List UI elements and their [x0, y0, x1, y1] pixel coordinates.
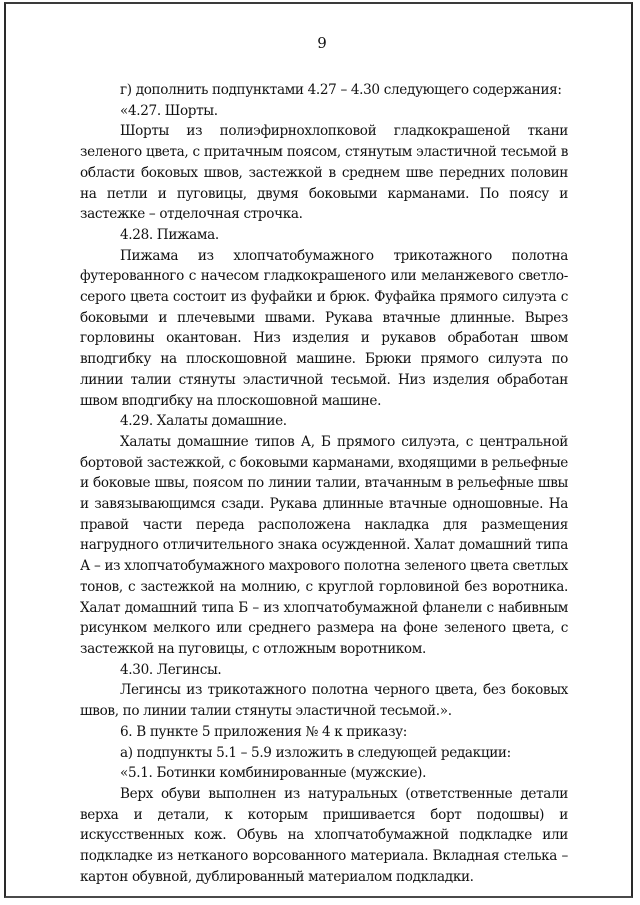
paragraph-shorts: Шорты из полиэфирнохлопковой гладкокраше… [80, 121, 568, 225]
section-heading-5-1: «5.1. Ботинки комбинированные (мужские). [80, 763, 568, 784]
subitem-a-heading: а) подпункты 5.1 – 5.9 изложить в следую… [80, 743, 568, 764]
paragraph-leggings: Легинсы из трикотажного полотна черного … [80, 680, 568, 721]
item-6-heading: 6. В пункте 5 приложения № 4 к приказу: [80, 722, 568, 743]
section-heading-4-28: 4.28. Пижама. [80, 225, 568, 246]
section-heading-4-29: 4.29. Халаты домашние. [80, 411, 568, 432]
paragraph-boots: Верх обуви выполнен из натуральных (отве… [80, 784, 568, 888]
document-body: г) дополнить подпунктами 4.27 – 4.30 сле… [80, 80, 568, 887]
subpoint-intro: г) дополнить подпунктами 4.27 – 4.30 сле… [80, 80, 568, 101]
paragraph-pajamas: Пижама из хлопчатобумажного трикотажного… [80, 246, 568, 412]
paragraph-robes: Халаты домашние типов А, Б прямого силуэ… [80, 432, 568, 660]
section-heading-4-30: 4.30. Легинсы. [80, 660, 568, 681]
page-number: 9 [0, 34, 640, 52]
section-heading-4-27: «4.27. Шорты. [80, 101, 568, 122]
